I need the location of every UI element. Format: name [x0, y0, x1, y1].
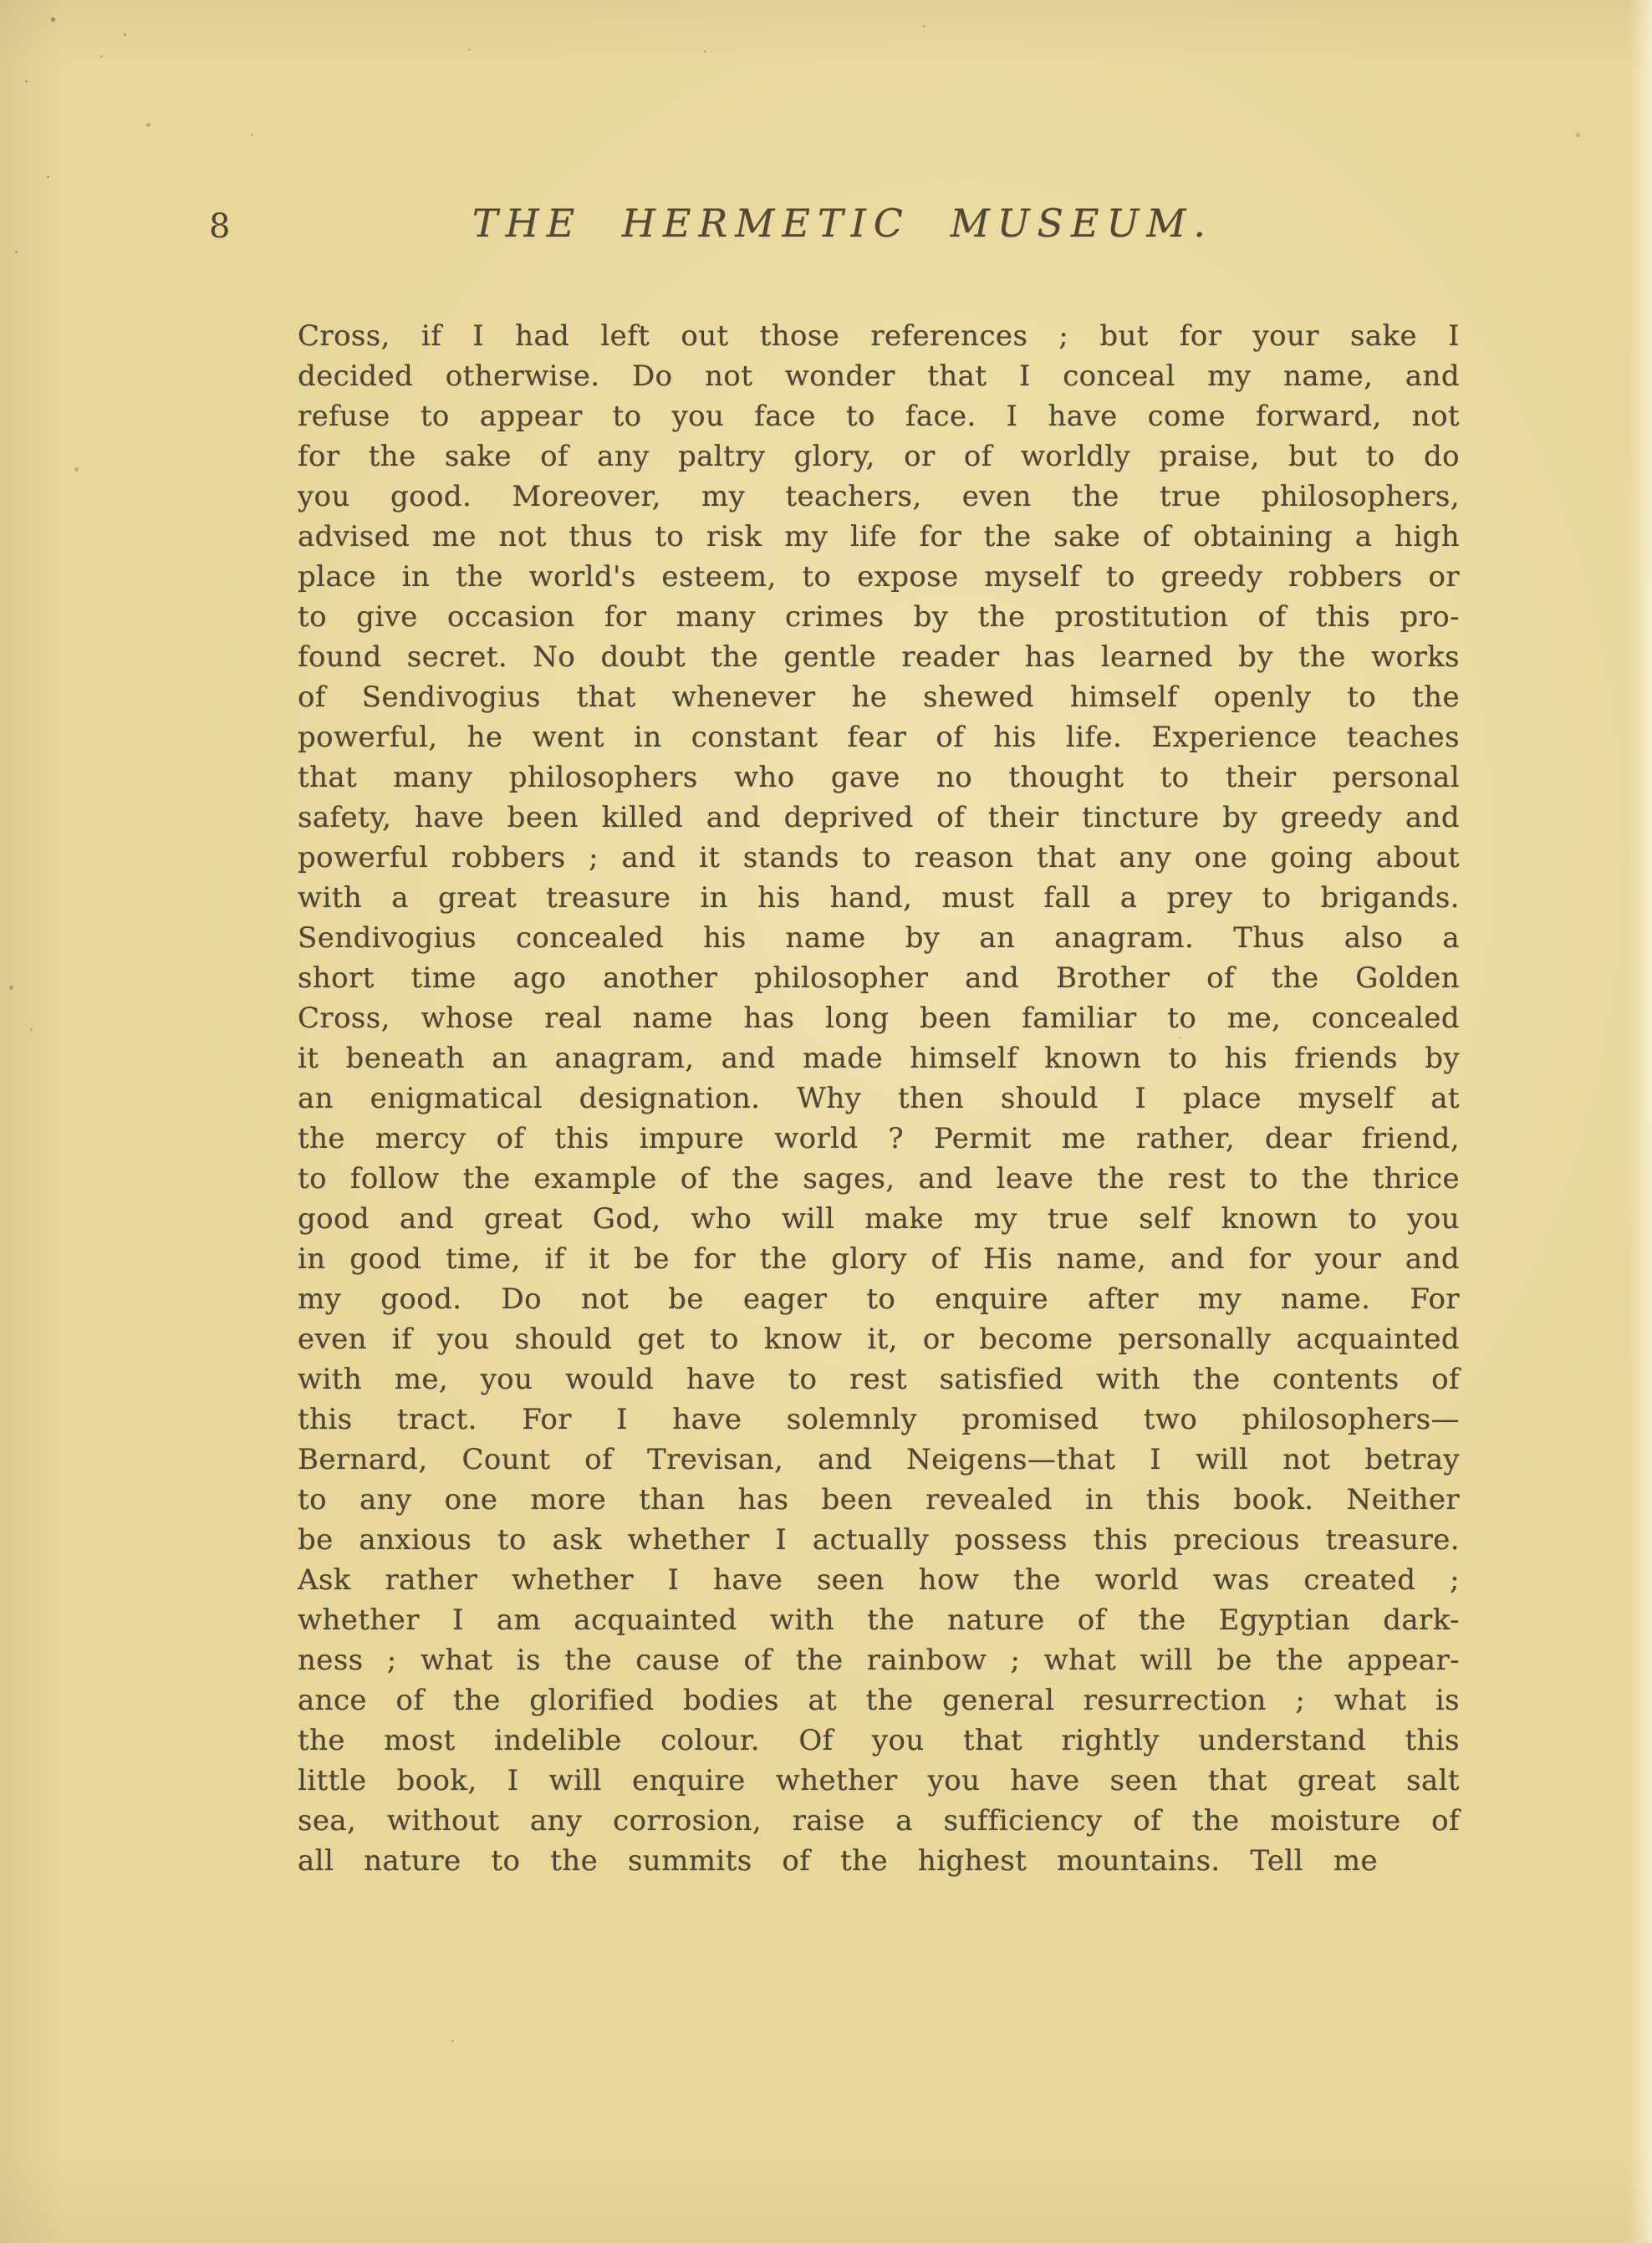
text-line: ness ; what is the cause of the rainbow … — [298, 1640, 1460, 1680]
text-line: refuse to appear to you face to face. I … — [298, 396, 1460, 436]
text-line: even if you should get to know it, or be… — [298, 1319, 1460, 1359]
text-line: decided otherwise. Do not wonder that I … — [298, 356, 1460, 396]
text-line: Sendivogius concealed his name by an ana… — [298, 918, 1460, 958]
text-line: Bernard, Count of Trevisan, and Neigens—… — [298, 1440, 1460, 1480]
text-line: this tract. For I have solemnly promised… — [298, 1399, 1460, 1440]
page-number: 8 — [209, 207, 231, 246]
text-line: place in the world's esteem, to expose m… — [298, 557, 1460, 597]
text-line: ance of the glorified bodies at the gene… — [298, 1680, 1460, 1720]
text-line: all nature to the summits of the highest… — [298, 1841, 1460, 1881]
text-line: of Sendivogius that whenever he shewed h… — [298, 677, 1460, 717]
text-line: that many philosophers who gave no thoug… — [298, 757, 1460, 798]
text-line: an enigmatical designation. Why then sho… — [298, 1078, 1460, 1119]
text-line: little book, I will enquire whether you … — [298, 1761, 1460, 1801]
text-line: it beneath an anagram, and made himself … — [298, 1038, 1460, 1078]
text-line: short time ago another philosopher and B… — [298, 958, 1460, 998]
running-title: THE HERMETIC MUSEUM. — [299, 201, 1386, 246]
text-line: with a great treasure in his hand, must … — [298, 878, 1460, 918]
book-page: 8 THE HERMETIC MUSEUM. Cross, if I had l… — [0, 0, 1652, 2243]
text-line: Cross, if I had left out those reference… — [298, 316, 1460, 356]
text-line: Ask rather whether I have seen how the w… — [298, 1560, 1460, 1600]
text-line: safety, have been killed and deprived of… — [298, 798, 1460, 838]
text-line: sea, without any corrosion, raise a suff… — [298, 1801, 1460, 1841]
text-line: with me, you would have to rest satisfie… — [298, 1359, 1460, 1399]
text-line: be anxious to ask whether I actually pos… — [298, 1520, 1460, 1560]
text-line: the mercy of this impure world ? Permit … — [298, 1119, 1460, 1159]
text-line: advised me not thus to risk my life for … — [298, 517, 1460, 557]
paper-speckles — [0, 0, 3, 3]
text-line: powerful, he went in constant fear of hi… — [298, 717, 1460, 757]
text-line: whether I am acquainted with the nature … — [298, 1600, 1460, 1640]
page-header: 8 THE HERMETIC MUSEUM. — [0, 201, 1652, 259]
text-line: to follow the example of the sages, and … — [298, 1159, 1460, 1199]
text-line: good and great God, who will make my tru… — [298, 1199, 1460, 1239]
text-line: found secret. No doubt the gentle reader… — [298, 637, 1460, 677]
text-line: my good. Do not be eager to enquire afte… — [298, 1279, 1460, 1319]
body-text: Cross, if I had left out those reference… — [298, 316, 1460, 1881]
text-line: to any one more than has been revealed i… — [298, 1480, 1460, 1520]
text-line: the most indelible colour. Of you that r… — [298, 1720, 1460, 1761]
text-line: for the sake of any paltry glory, or of … — [298, 436, 1460, 477]
text-line: to give occasion for many crimes by the … — [298, 597, 1460, 637]
text-line: Cross, whose real name has long been fam… — [298, 998, 1460, 1038]
text-line: in good time, if it be for the glory of … — [298, 1239, 1460, 1279]
text-line: powerful robbers ; and it stands to reas… — [298, 838, 1460, 878]
text-line: you good. Moreover, my teachers, even th… — [298, 477, 1460, 517]
